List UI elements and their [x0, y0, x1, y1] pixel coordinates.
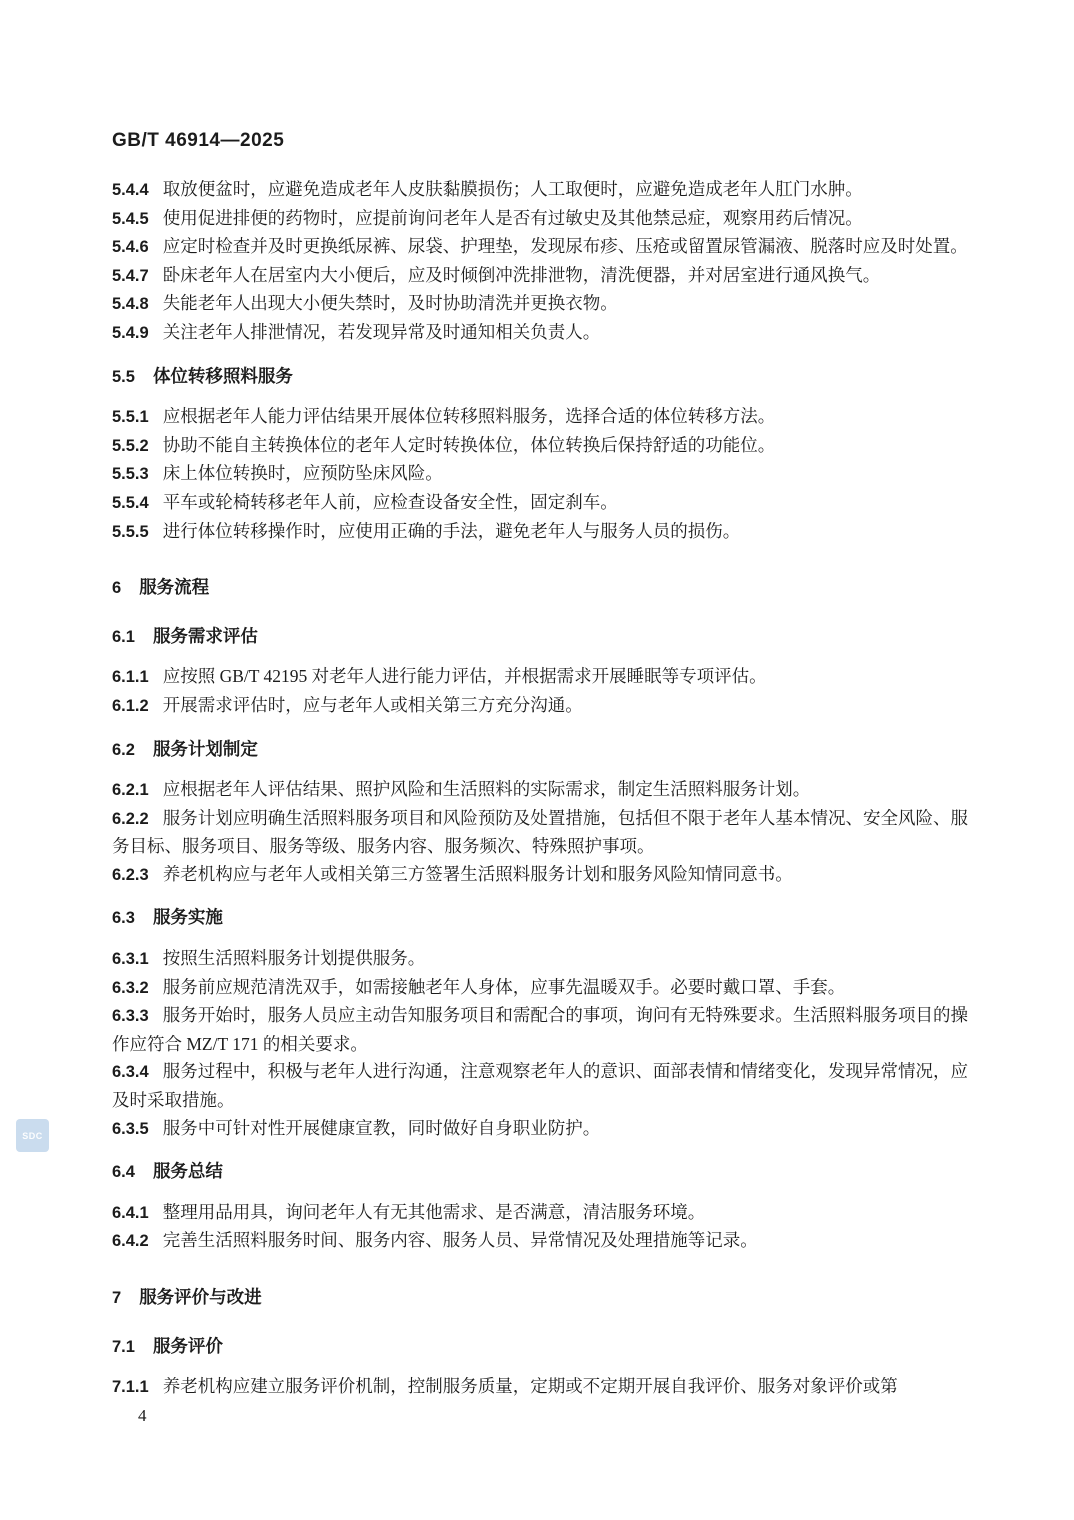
clause-6.3.1: 6.3.1按照生活照料服务计划提供服务。	[112, 945, 968, 974]
clause-6.4.1: 6.4.1整理用品用具，询问老年人有无其他需求、是否满意，清洁服务环境。	[112, 1199, 968, 1228]
clause-text: 养老机构应与老年人或相关第三方签署生活照料服务计划和服务风险知情同意书。	[163, 864, 793, 884]
heading-6.2: 6.2服务计划制定	[112, 736, 968, 765]
clause-number: 5.4.4	[112, 181, 163, 199]
clause-number: 7	[112, 1289, 139, 1307]
clause-text: 平车或轮椅转移老年人前，应检查设备安全性，固定刹车。	[163, 492, 618, 512]
clause-number: 5.5.3	[112, 465, 163, 483]
clause-text: 取放便盆时，应避免造成老年人皮肤黏膜损伤；人工取便时，应避免造成老年人肛门水肿。	[163, 179, 863, 199]
clause-number: 5.4.9	[112, 324, 163, 342]
clause-number: 6.2.3	[112, 866, 163, 884]
clause-6.4.2: 6.4.2完善生活照料服务时间、服务内容、服务人员、异常情况及处理措施等记录。	[112, 1227, 968, 1256]
clause-number: 7.1.1	[112, 1378, 163, 1396]
clause-6.3.3: 6.3.3服务开始时，服务人员应主动告知服务项目和需配合的事项，询问有无特殊要求…	[112, 1002, 968, 1058]
clause-text: 床上体位转换时，应预防坠床风险。	[163, 463, 443, 483]
clause-5.4.6: 5.4.6应定时检查并及时更换纸尿裤、尿袋、护理垫，发现尿布疹、压疮或留置尿管漏…	[112, 233, 968, 262]
clause-number: 5.5.1	[112, 408, 163, 426]
clause-number: 5.5	[112, 368, 153, 386]
clause-5.4.9: 5.4.9关注老年人排泄情况，若发现异常及时通知相关负责人。	[112, 319, 968, 348]
clause-6.1.1: 6.1.1应按照 GB/T 42195 对老年人进行能力评估，并根据需求开展睡眠…	[112, 663, 968, 692]
clause-number: 6.2.1	[112, 781, 163, 799]
heading-text: 服务评价与改进	[139, 1287, 262, 1307]
clause-text: 服务开始时，服务人员应主动告知服务项目和需配合的事项，询问有无特殊要求。生活照料…	[112, 1005, 968, 1054]
clause-number: 6.1.2	[112, 697, 163, 715]
clause-text: 服务计划应明确生活照料服务项目和风险预防及处置措施，包括但不限于老年人基本情况、…	[112, 808, 968, 857]
clause-5.5.1: 5.5.1应根据老年人能力评估结果开展体位转移照料服务，选择合适的体位转移方法。	[112, 403, 968, 432]
heading-6.4: 6.4服务总结	[112, 1158, 968, 1187]
clause-text: 使用促进排便的药物时，应提前询问老年人是否有过敏史及其他禁忌症，观察用药后情况。	[163, 208, 863, 228]
clause-number: 6.1	[112, 628, 153, 646]
clause-5.5.2: 5.5.2协助不能自主转换体位的老年人定时转换体位，体位转换后保持舒适的功能位。	[112, 432, 968, 461]
clause-5.4.4: 5.4.4取放便盆时，应避免造成老年人皮肤黏膜损伤；人工取便时，应避免造成老年人…	[112, 176, 968, 205]
clause-5.5.4: 5.5.4平车或轮椅转移老年人前，应检查设备安全性，固定刹车。	[112, 489, 968, 518]
clause-number: 6.3.1	[112, 950, 163, 968]
page-number: 4	[138, 1403, 968, 1428]
clause-5.4.8: 5.4.8失能老年人出现大小便失禁时，及时协助清洗并更换衣物。	[112, 290, 968, 319]
clause-6.3.4: 6.3.4服务过程中，积极与老年人进行沟通，注意观察老年人的意识、面部表情和情绪…	[112, 1058, 968, 1114]
clause-number: 5.4.5	[112, 210, 163, 228]
clauses-container: 5.4.4取放便盆时，应避免造成老年人皮肤黏膜损伤；人工取便时，应避免造成老年人…	[112, 176, 968, 1402]
clause-text: 养老机构应建立服务评价机制，控制服务质量，定期或不定期开展自我评价、服务对象评价…	[163, 1376, 898, 1396]
document-body: GB/T 46914—2025 5.4.4取放便盆时，应避免造成老年人皮肤黏膜损…	[112, 130, 968, 1428]
clause-text: 服务过程中，积极与老年人进行沟通，注意观察老年人的意识、面部表情和情绪变化，发现…	[112, 1061, 968, 1110]
clause-text: 开展需求评估时，应与老年人或相关第三方充分沟通。	[163, 695, 583, 715]
clause-number: 6.4.1	[112, 1204, 163, 1222]
heading-text: 服务需求评估	[153, 626, 258, 646]
heading-text: 体位转移照料服务	[153, 366, 293, 386]
clause-number: 6.3.5	[112, 1120, 163, 1138]
clause-text: 应定时检查并及时更换纸尿裤、尿袋、护理垫，发现尿布疹、压疮或留置尿管漏液、脱落时…	[163, 236, 968, 256]
clause-6.3.5: 6.3.5服务中可针对性开展健康宣教，同时做好自身职业防护。	[112, 1115, 968, 1144]
clause-text: 完善生活照料服务时间、服务内容、服务人员、异常情况及处理措施等记录。	[163, 1230, 758, 1250]
clause-text: 服务前应规范清洗双手，如需接触老年人身体，应事先温暖双手。必要时戴口罩、手套。	[163, 977, 846, 997]
heading-text: 服务评价	[153, 1336, 223, 1356]
heading-text: 服务计划制定	[153, 739, 258, 759]
heading-text: 服务流程	[139, 577, 209, 597]
clause-number: 6.4	[112, 1163, 153, 1181]
clause-6.2.2: 6.2.2服务计划应明确生活照料服务项目和风险预防及处置措施，包括但不限于老年人…	[112, 805, 968, 861]
clause-6.2.3: 6.2.3养老机构应与老年人或相关第三方签署生活照料服务计划和服务风险知情同意书…	[112, 861, 968, 890]
heading-text: 服务总结	[153, 1161, 223, 1181]
clause-number: 6	[112, 579, 139, 597]
clause-text: 整理用品用具，询问老年人有无其他需求、是否满意，清洁服务环境。	[163, 1202, 706, 1222]
heading-7: 7服务评价与改进	[112, 1284, 968, 1313]
document-page: SDC GB/T 46914—2025 5.4.4取放便盆时，应避免造成老年人皮…	[0, 0, 1074, 1520]
clause-text: 按照生活照料服务计划提供服务。	[163, 948, 426, 968]
clause-text: 卧床老年人在居室内大小便后，应及时倾倒冲洗排泄物，清洗便器，并对居室进行通风换气…	[163, 265, 881, 285]
clause-6.1.2: 6.1.2开展需求评估时，应与老年人或相关第三方充分沟通。	[112, 692, 968, 721]
clause-5.4.7: 5.4.7卧床老年人在居室内大小便后，应及时倾倒冲洗排泄物，清洗便器，并对居室进…	[112, 262, 968, 291]
clause-6.3.2: 6.3.2服务前应规范清洗双手，如需接触老年人身体，应事先温暖双手。必要时戴口罩…	[112, 974, 968, 1003]
heading-text: 服务实施	[153, 907, 223, 927]
clause-6.2.1: 6.2.1应根据老年人评估结果、照护风险和生活照料的实际需求，制定生活照料服务计…	[112, 776, 968, 805]
clause-text: 应根据老年人能力评估结果开展体位转移照料服务，选择合适的体位转移方法。	[163, 406, 776, 426]
clause-number: 7.1	[112, 1338, 153, 1356]
sdc-watermark-badge: SDC	[16, 1119, 49, 1152]
heading-6.3: 6.3服务实施	[112, 904, 968, 933]
clause-number: 5.5.2	[112, 437, 163, 455]
clause-number: 5.5.5	[112, 523, 163, 541]
clause-number: 6.1.1	[112, 668, 163, 686]
standard-number-header: GB/T 46914—2025	[112, 130, 968, 152]
clause-text: 进行体位转移操作时，应使用正确的手法，避免老年人与服务人员的损伤。	[163, 521, 741, 541]
clause-text: 应按照 GB/T 42195 对老年人进行能力评估，并根据需求开展睡眠等专项评估…	[163, 666, 767, 686]
heading-5.5: 5.5体位转移照料服务	[112, 363, 968, 392]
clause-5.4.5: 5.4.5使用促进排便的药物时，应提前询问老年人是否有过敏史及其他禁忌症，观察用…	[112, 205, 968, 234]
clause-text: 失能老年人出现大小便失禁时，及时协助清洗并更换衣物。	[163, 293, 618, 313]
clause-number: 6.4.2	[112, 1232, 163, 1250]
clause-7.1.1: 7.1.1养老机构应建立服务评价机制，控制服务质量，定期或不定期开展自我评价、服…	[112, 1373, 968, 1402]
heading-7.1: 7.1服务评价	[112, 1333, 968, 1362]
heading-6: 6服务流程	[112, 574, 968, 603]
clause-5.5.3: 5.5.3床上体位转换时，应预防坠床风险。	[112, 460, 968, 489]
clause-number: 6.3.3	[112, 1007, 163, 1025]
clause-text: 应根据老年人评估结果、照护风险和生活照料的实际需求，制定生活照料服务计划。	[163, 779, 811, 799]
clause-number: 6.3.4	[112, 1063, 163, 1081]
clause-text: 协助不能自主转换体位的老年人定时转换体位，体位转换后保持舒适的功能位。	[163, 435, 776, 455]
clause-text: 关注老年人排泄情况，若发现异常及时通知相关负责人。	[163, 322, 601, 342]
clause-number: 5.4.8	[112, 295, 163, 313]
clause-number: 6.3	[112, 909, 153, 927]
heading-6.1: 6.1服务需求评估	[112, 623, 968, 652]
clause-5.5.5: 5.5.5进行体位转移操作时，应使用正确的手法，避免老年人与服务人员的损伤。	[112, 518, 968, 547]
clause-number: 6.2.2	[112, 810, 163, 828]
clause-text: 服务中可针对性开展健康宣教，同时做好自身职业防护。	[163, 1118, 601, 1138]
clause-number: 5.5.4	[112, 494, 163, 512]
clause-number: 6.3.2	[112, 979, 163, 997]
clause-number: 6.2	[112, 741, 153, 759]
clause-number: 5.4.6	[112, 238, 163, 256]
clause-number: 5.4.7	[112, 267, 163, 285]
